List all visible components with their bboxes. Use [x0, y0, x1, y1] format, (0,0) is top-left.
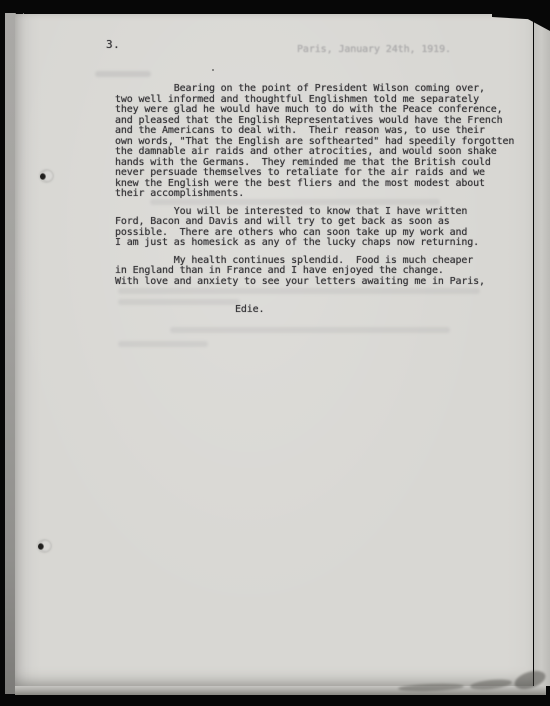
punch-hole-top	[40, 170, 53, 182]
letter-paragraph-3: My health continues splendid. Food is mu…	[115, 256, 539, 288]
letter-paragraph-2: You will be interested to know that I ha…	[115, 207, 539, 249]
punch-hole-bottom	[38, 540, 51, 552]
page-bottom-edge	[15, 686, 546, 695]
page-number: 3.	[106, 40, 120, 51]
letter-paragraph-1: Bearing on the point of President Wilson…	[115, 84, 539, 200]
letter-body: Bearing on the point of President Wilson…	[115, 84, 539, 294]
signature: Edie.	[235, 305, 264, 316]
scanned-letter-page: 3. Paris, January 24th, 1919. Bearing on…	[0, 0, 550, 706]
bleedthrough-smudge	[118, 299, 240, 305]
bleedthrough-smudge	[118, 341, 208, 347]
bleedthrough-smudge	[95, 71, 151, 77]
letter-date-faint: Paris, January 24th, 1919.	[297, 45, 451, 56]
bleedthrough-smudge	[170, 327, 450, 333]
ink-speck	[212, 69, 214, 71]
